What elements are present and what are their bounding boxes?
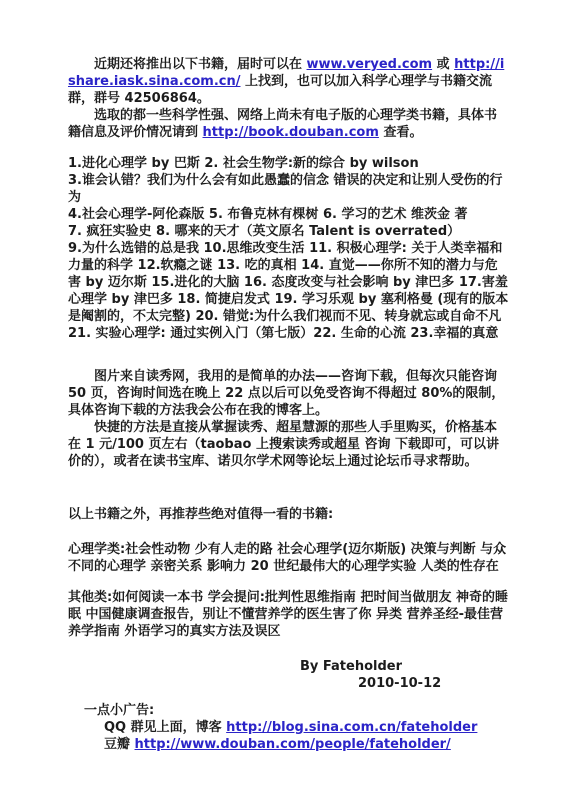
psychology-recommendations: 心理学类:社会性动物 少有人走的路 社会心理学(迈尔斯版) 决策与判断 与众不同… bbox=[68, 541, 509, 575]
intro-text-before: 近期还将推出以下书籍，届时可以在 bbox=[94, 57, 307, 72]
douban-profile-link[interactable]: http://www.douban.com/people/fateholder/ bbox=[135, 737, 451, 752]
douban-text: 豆瓣 bbox=[104, 737, 135, 752]
qq-blog-text: QQ 群见上面，博客 bbox=[104, 720, 226, 735]
book-list-line: 3.谁会认错？我们为什么会有如此愚蠢的信念 错误的决定和让别人受伤的行为 bbox=[68, 172, 509, 206]
footer-ads: 一点小广告: QQ 群见上面，博客 http://blog.sina.com.c… bbox=[68, 702, 509, 753]
recommendations-heading: 以上书籍之外，再推荐些绝对值得一看的书籍: bbox=[68, 506, 509, 523]
selection-text-after: 查看。 bbox=[379, 125, 423, 140]
post-date: 2010-10-12 bbox=[358, 675, 509, 692]
author-signature: By Fateholder bbox=[300, 658, 509, 675]
book-list-line: 7. 疯狂实验史 8. 哪来的天才（英文原名 Talent is overrat… bbox=[68, 223, 509, 240]
intro-paragraph-1: 近期还将推出以下书籍，届时可以在 www.veryed.com 或 http:/… bbox=[68, 56, 509, 107]
douban-book-link[interactable]: http://book.douban.com bbox=[203, 125, 379, 140]
ad-label: 一点小广告: bbox=[84, 702, 509, 719]
purchase-method-paragraph: 快捷的方法是直接从掌握读秀、超星慧源的那些人手里购买，价格基本在 1 元/100… bbox=[68, 419, 509, 470]
intro-text-mid: 或 bbox=[432, 57, 454, 72]
sina-blog-link[interactable]: http://blog.sina.com.cn/fateholder bbox=[226, 720, 477, 735]
recommendations-section: 以上书籍之外，再推荐些绝对值得一看的书籍: 心理学类:社会性动物 少有人走的路 … bbox=[68, 506, 509, 640]
book-list-line: 1.进化心理学 by 巴斯 2. 社会生物学:新的综合 by wilson bbox=[68, 155, 509, 172]
douban-line: 豆瓣 http://www.douban.com/people/fatehold… bbox=[104, 736, 509, 753]
download-info: 图片来自读秀网，我用的是简单的办法——咨询下载，但每次只能咨询 50 页，咨询时… bbox=[68, 368, 509, 470]
veryed-link[interactable]: www.veryed.com bbox=[307, 57, 433, 72]
book-list-line: 9.为什么选错的总是我 10.思维改变生活 11. 积极心理学: 关于人类幸福和… bbox=[68, 240, 509, 342]
blog-line: QQ 群见上面，博客 http://blog.sina.com.cn/fateh… bbox=[104, 719, 509, 736]
document-page: 近期还将推出以下书籍，届时可以在 www.veryed.com 或 http:/… bbox=[0, 0, 565, 800]
book-list: 1.进化心理学 by 巴斯 2. 社会生物学:新的综合 by wilson 3.… bbox=[68, 155, 509, 342]
other-recommendations: 其他类:如何阅读一本书 学会提问:批判性思维指南 把时间当做朋友 神奇的睡眠 中… bbox=[68, 589, 509, 640]
intro-paragraph-2: 选取的都一些科学性强、网络上尚未有电子版的心理学类书籍，具体书籍信息及评价情况请… bbox=[68, 107, 509, 141]
signature-block: By Fateholder 2010-10-12 bbox=[68, 658, 509, 692]
book-list-line: 4.社会心理学-阿伦森版 5. 布鲁克林有棵树 6. 学习的艺术 维茨金 著 bbox=[68, 206, 509, 223]
download-method-paragraph: 图片来自读秀网，我用的是简单的办法——咨询下载，但每次只能咨询 50 页，咨询时… bbox=[68, 368, 509, 419]
